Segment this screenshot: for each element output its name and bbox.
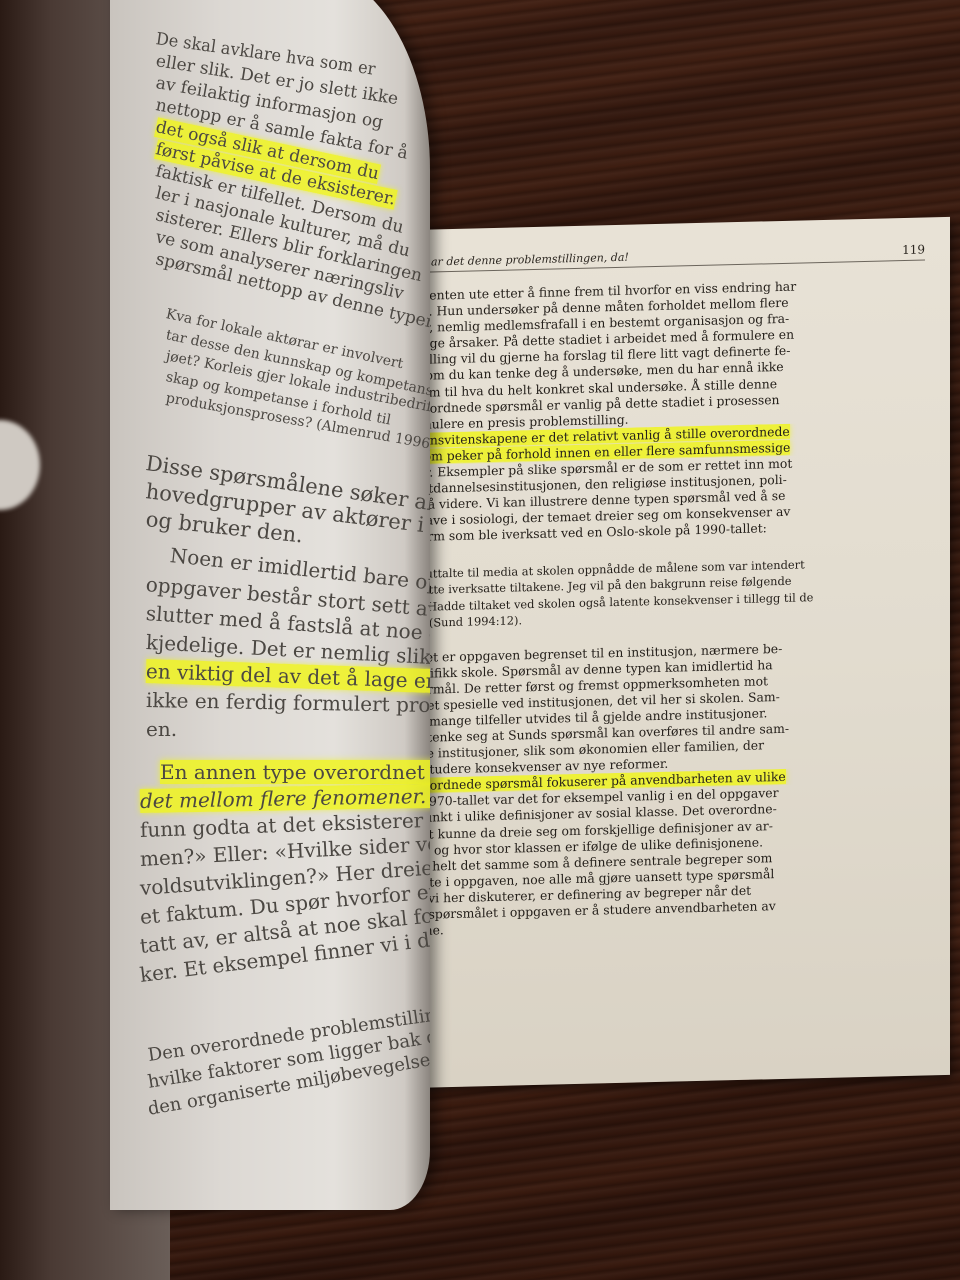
left-block-3: Noen er imidlertid bare opptatt oppgaver…: [146, 541, 426, 744]
block-quote: r ... uttalte til media at skolen oppnåd…: [402, 553, 922, 632]
left-block-1: De skal avklare hva som er eller slik. D…: [156, 28, 426, 270]
paragraph-4: overordnede spørsmål fokuserer på anvend…: [402, 766, 922, 940]
left-block-2: Disse spørsmålene søker altså å hovedgru…: [146, 449, 426, 533]
running-head: …ar det denne problemstillingen, da! 119: [420, 241, 925, 272]
left-book-page-curled: De skal avklare hva som er eller slik. D…: [110, 0, 430, 1210]
text-line: ikke en ferdig formulert problemstilling: [146, 686, 426, 720]
paragraph-1: studenten ute etter å finne frem til hvo…: [402, 276, 922, 434]
paragraph-3: lfellet er oppgaven begrenset til en ins…: [402, 637, 922, 778]
paragraph-2: afunnsvitenskapene er det relativt vanli…: [402, 420, 922, 545]
highlighted-text: En annen type overordnet spørsmål: [160, 760, 430, 784]
left-block-4: En annen type overordnet spørsmål det me…: [140, 758, 426, 990]
running-head-title: …ar det denne problemstillingen, da!: [420, 251, 629, 269]
page-number: 119: [902, 242, 925, 257]
page-body: studenten ute etter å finne frem til hvo…: [402, 276, 922, 940]
text-line: en.: [146, 715, 426, 744]
left-block-5: Den overordnede problemstillingen hvilke…: [148, 1042, 426, 1123]
left-page-text: De skal avklare hva som er eller slik. D…: [156, 10, 426, 1123]
